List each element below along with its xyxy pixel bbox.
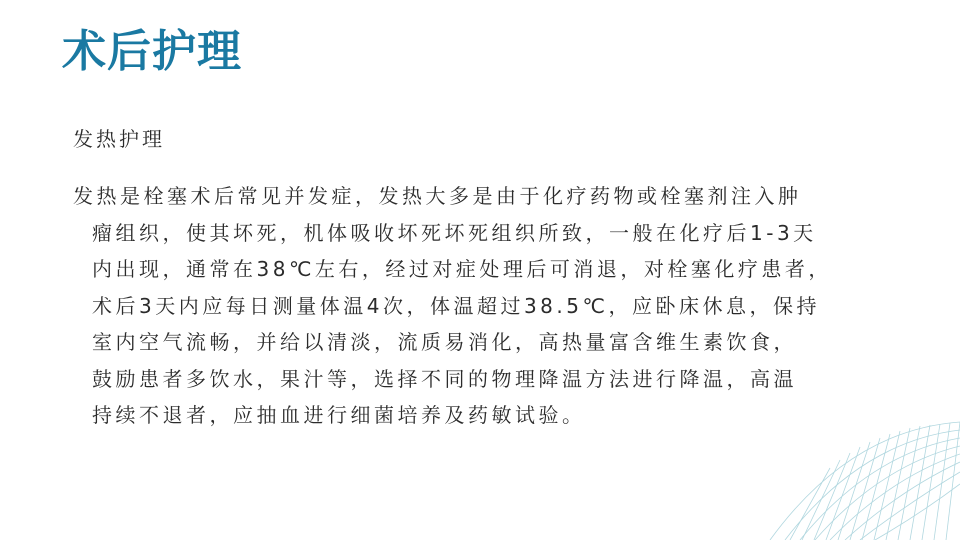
slide: 术后护理 发热护理 发热是栓塞术后常见并发症，发热大多是由于化疗药物或栓塞剂注入… xyxy=(0,0,960,540)
paragraph-line: 内出现，通常在38℃左右，经过对症处理后可消退，对栓塞化疗患者， xyxy=(73,251,903,288)
slide-title: 术后护理 xyxy=(62,24,242,80)
paragraph-line: 室内空气流畅，并给以清淡，流质易消化，高热量富含维生素饮食， xyxy=(73,324,903,361)
paragraph-line: 发热是栓塞术后常见并发症，发热大多是由于化疗药物或栓塞剂注入肿 xyxy=(73,178,903,215)
paragraph-line: 术后3天内应每日测量体温4次，体温超过38.5℃，应卧床休息，保持 xyxy=(73,288,903,325)
section-subtitle: 发热护理 xyxy=(73,124,165,154)
wave-mesh-decoration-icon xyxy=(730,380,960,540)
paragraph-line: 瘤组织，使其坏死，机体吸收坏死坏死组织所致，一般在化疗后1-3天 xyxy=(73,215,903,252)
